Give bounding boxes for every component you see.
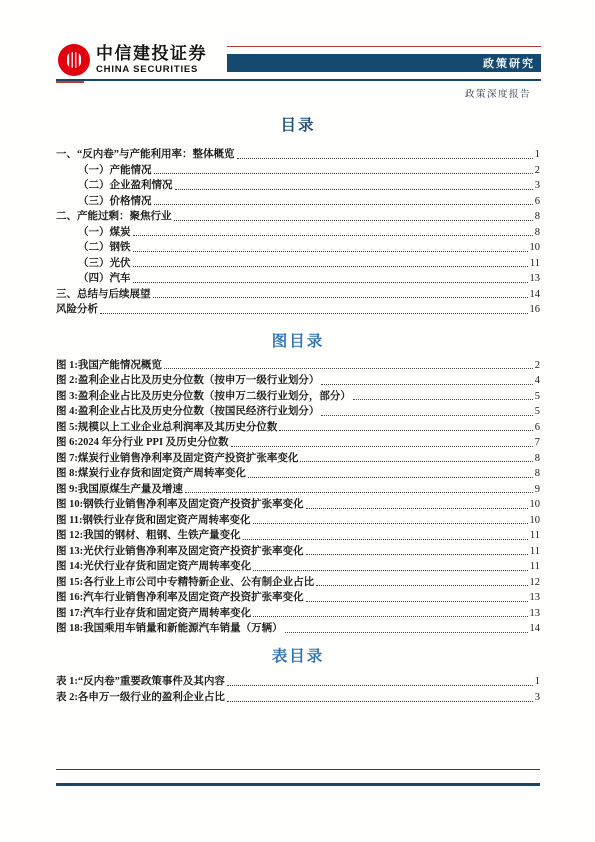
entry-page: 11 — [530, 258, 540, 269]
dot-leader — [306, 601, 528, 602]
figure-entry[interactable]: 图 13:光伏行业销售净利率及固定资产投资扩张率变化11 — [56, 543, 540, 559]
entry-label: （二）钢铁 — [78, 239, 131, 254]
dot-leader — [153, 297, 528, 298]
toc-title: 目录 — [56, 116, 540, 136]
brand-name-cn: 中信建投证券 — [96, 45, 207, 62]
entry-label: 表 1:“反内卷”重要政策事件及其内容 — [56, 673, 225, 688]
dot-leader — [185, 492, 533, 493]
figure-entry[interactable]: 图 17:汽车行业存货和固定资产周转率变化13 — [56, 605, 540, 621]
figure-entry[interactable]: 图 6:2024 年分行业 PPI 及历史分位数7 — [56, 434, 540, 450]
dot-leader — [321, 384, 532, 385]
figure-entry[interactable]: 图 1:我国产能情况概览2 — [56, 357, 540, 373]
banner-label: 政策研究 — [483, 55, 535, 71]
dot-leader — [154, 173, 533, 174]
csc-logo-icon — [58, 44, 90, 76]
toc-list: 一、“反内卷”与产能利用率：整体概览1（一）产能情况2（二）企业盈利情况3（三）… — [56, 146, 540, 317]
toc-entry[interactable]: 一、“反内卷”与产能利用率：整体概览1 — [56, 146, 540, 162]
entry-page: 2 — [535, 165, 540, 176]
entry-label: 图 11:钢铁行业存货和固定资产周转率变化 — [56, 512, 251, 527]
figure-list: 图 1:我国产能情况概览2图 2:盈利企业占比及历史分位数（按申万一级行业划分）… — [56, 357, 540, 636]
dot-leader — [133, 282, 528, 283]
entry-page: 3 — [535, 692, 540, 703]
toc-entry[interactable]: 风险分析16 — [56, 301, 540, 317]
entry-page: 1 — [535, 676, 540, 687]
dot-leader — [133, 235, 533, 236]
entry-label: 图 12:我国的钢材、粗钢、生铁产量变化 — [56, 527, 241, 542]
dot-leader — [231, 446, 533, 447]
entry-label: 表 2:各申万一级行业的盈利企业占比 — [56, 689, 225, 704]
figure-entry[interactable]: 图 3:盈利企业占比及历史分位数（按申万二级行业划分，部分）5 — [56, 388, 540, 404]
entry-page: 1 — [535, 149, 540, 160]
table-list-title: 表目录 — [56, 647, 540, 667]
dot-leader — [316, 585, 527, 586]
figure-entry[interactable]: 图 5:规模以上工业企业总利润率及其历史分位数6 — [56, 419, 540, 435]
dot-leader — [253, 570, 528, 571]
entry-page: 2 — [535, 360, 540, 371]
entry-label: 图 9:我国原煤生产量及增速 — [56, 481, 183, 496]
entry-page: 10 — [530, 515, 541, 526]
table-entry[interactable]: 表 2:各申万一级行业的盈利企业占比3 — [56, 689, 540, 705]
footer-rule-thick — [56, 783, 540, 786]
footer-rule-thin — [56, 769, 540, 770]
entry-label: 图 8:煤炭行业存货和固定资产周转率变化 — [56, 465, 246, 480]
entry-page: 5 — [535, 406, 540, 417]
entry-page: 8 — [535, 227, 540, 238]
entry-page: 3 — [535, 180, 540, 191]
entry-label: （四）汽车 — [78, 270, 131, 285]
brand-block: 中信建投证券 CHINA SECURITIES — [96, 45, 207, 75]
entry-label: 图 2:盈利企业占比及历史分位数（按申万一级行业划分） — [56, 372, 319, 387]
header-rule-red-segment — [56, 81, 84, 83]
entry-page: 16 — [530, 304, 541, 315]
table-entry[interactable]: 表 1:“反内卷”重要政策事件及其内容1 — [56, 673, 540, 689]
entry-label: （三）光伏 — [78, 255, 131, 270]
entry-label: 风险分析 — [56, 301, 98, 316]
entry-page: 11 — [530, 561, 540, 572]
dot-leader — [164, 368, 533, 369]
brand-name-en: CHINA SECURITIES — [96, 65, 207, 75]
toc-entry[interactable]: （一）产能情况2 — [56, 162, 540, 178]
figure-entry[interactable]: 图 4:盈利企业占比及历史分位数（按国民经济行业划分）5 — [56, 403, 540, 419]
dot-leader — [154, 204, 533, 205]
entry-page: 4 — [535, 375, 540, 386]
figure-entry[interactable]: 图 8:煤炭行业存货和固定资产周转率变化8 — [56, 465, 540, 481]
toc-entry[interactable]: （四）汽车13 — [56, 270, 540, 286]
figure-entry[interactable]: 图 10:钢铁行业销售净利率及固定资产投资扩张率变化10 — [56, 496, 540, 512]
dot-leader — [133, 266, 528, 267]
header-rule — [56, 79, 541, 81]
dot-leader — [227, 701, 533, 702]
entry-label: 图 6:2024 年分行业 PPI 及历史分位数 — [56, 434, 229, 449]
toc-content: 目录 一、“反内卷”与产能利用率：整体概览1（一）产能情况2（二）企业盈利情况3… — [56, 116, 540, 705]
dot-leader — [253, 616, 527, 617]
entry-label: （三）价格情况 — [78, 193, 152, 208]
entry-page: 9 — [535, 484, 540, 495]
entry-label: 图 16:汽车行业销售净利率及固定资产投资扩张率变化 — [56, 589, 304, 604]
entry-page: 5 — [535, 391, 540, 402]
table-list: 表 1:“反内卷”重要政策事件及其内容1表 2:各申万一级行业的盈利企业占比3 — [56, 673, 540, 705]
entry-page: 8 — [535, 211, 540, 222]
dot-leader — [306, 508, 528, 509]
entry-page: 14 — [530, 289, 541, 300]
entry-page: 14 — [530, 623, 541, 634]
dot-leader — [243, 539, 528, 540]
toc-entry[interactable]: （二）企业盈利情况3 — [56, 177, 540, 193]
entry-label: 图 4:盈利企业占比及历史分位数（按国民经济行业划分） — [56, 403, 319, 418]
toc-entry[interactable]: 二、产能过剩：聚焦行业8 — [56, 208, 540, 224]
figure-entry[interactable]: 图 9:我国原煤生产量及增速9 — [56, 481, 540, 497]
figure-entry[interactable]: 图 11:钢铁行业存货和固定资产周转率变化10 — [56, 512, 540, 528]
dot-leader — [174, 220, 533, 221]
entry-label: 一、“反内卷”与产能利用率：整体概览 — [56, 146, 235, 161]
figure-entry[interactable]: 图 16:汽车行业销售净利率及固定资产投资扩张率变化13 — [56, 589, 540, 605]
figure-list-title: 图目录 — [56, 332, 540, 352]
entry-page: 13 — [530, 273, 541, 284]
dot-leader — [100, 313, 528, 314]
entry-label: 三、总结与后续展望 — [56, 286, 151, 301]
entry-label: （一）煤炭 — [78, 224, 131, 239]
report-type-label: 政策深度报告 — [465, 86, 531, 100]
figure-entry[interactable]: 图 7:煤炭行业销售净利率及固定资产投资扩张率变化8 — [56, 450, 540, 466]
figure-entry[interactable]: 图 14:光伏行业存货和固定资产周转率变化11 — [56, 558, 540, 574]
figure-entry[interactable]: 图 18:我国乘用车销量和新能源汽车销量（万辆）14 — [56, 620, 540, 636]
entry-page: 8 — [535, 453, 540, 464]
toc-entry[interactable]: （二）钢铁10 — [56, 239, 540, 255]
entry-page: 11 — [530, 546, 540, 557]
dot-leader — [306, 554, 528, 555]
entry-label: 图 3:盈利企业占比及历史分位数（按申万二级行业划分，部分） — [56, 388, 351, 403]
entry-page: 10 — [530, 242, 541, 253]
toc-entry[interactable]: 三、总结与后续展望14 — [56, 286, 540, 302]
dot-leader — [237, 158, 533, 159]
dot-leader — [248, 477, 533, 478]
figure-entry[interactable]: 图 15:各行业上市公司中专精特新企业、公有制企业占比12 — [56, 574, 540, 590]
entry-label: （二）企业盈利情况 — [78, 177, 173, 192]
entry-label: 图 5:规模以上工业企业总利润率及其历史分位数 — [56, 419, 277, 434]
toc-entry[interactable]: （一）煤炭8 — [56, 224, 540, 240]
entry-label: （一）产能情况 — [78, 162, 152, 177]
entry-page: 8 — [535, 468, 540, 479]
entry-page: 11 — [530, 530, 540, 541]
dot-leader — [227, 685, 533, 686]
entry-page: 6 — [535, 422, 540, 433]
dot-leader — [300, 461, 532, 462]
entry-label: 图 17:汽车行业存货和固定资产周转率变化 — [56, 605, 251, 620]
entry-label: 图 1:我国产能情况概览 — [56, 357, 162, 372]
entry-page: 10 — [530, 499, 541, 510]
entry-label: 图 10:钢铁行业销售净利率及固定资产投资扩张率变化 — [56, 496, 304, 511]
dot-leader — [353, 399, 533, 400]
dot-leader — [279, 430, 532, 431]
dot-leader — [253, 523, 528, 524]
entry-label: 图 15:各行业上市公司中专精特新企业、公有制企业占比 — [56, 574, 314, 589]
entry-page: 6 — [535, 196, 540, 207]
entry-label: 二、产能过剩：聚焦行业 — [56, 208, 172, 223]
dot-leader — [175, 189, 533, 190]
figure-entry[interactable]: 图 2:盈利企业占比及历史分位数（按申万一级行业划分）4 — [56, 372, 540, 388]
entry-label: 图 7:煤炭行业销售净利率及固定资产投资扩张率变化 — [56, 450, 298, 465]
entry-label: 图 13:光伏行业销售净利率及固定资产投资扩张率变化 — [56, 543, 304, 558]
report-page: 中信建投证券 CHINA SECURITIES 政策研究 政策深度报告 目录 一… — [0, 0, 595, 842]
figure-entry[interactable]: 图 12:我国的钢材、粗钢、生铁产量变化11 — [56, 527, 540, 543]
toc-entry[interactable]: （三）光伏11 — [56, 255, 540, 271]
entry-label: 图 14:光伏行业存货和固定资产周转率变化 — [56, 558, 251, 573]
entry-page: 13 — [530, 608, 541, 619]
report-category-banner: 政策研究 — [227, 54, 541, 72]
entry-page: 13 — [530, 592, 541, 603]
dot-leader — [133, 251, 528, 252]
header-red-line — [227, 46, 541, 47]
dot-leader — [321, 415, 532, 416]
entry-page: 12 — [530, 577, 541, 588]
toc-entry[interactable]: （三）价格情况6 — [56, 193, 540, 209]
dot-leader — [285, 632, 528, 633]
entry-page: 7 — [535, 437, 540, 448]
entry-label: 图 18:我国乘用车销量和新能源汽车销量（万辆） — [56, 620, 283, 635]
